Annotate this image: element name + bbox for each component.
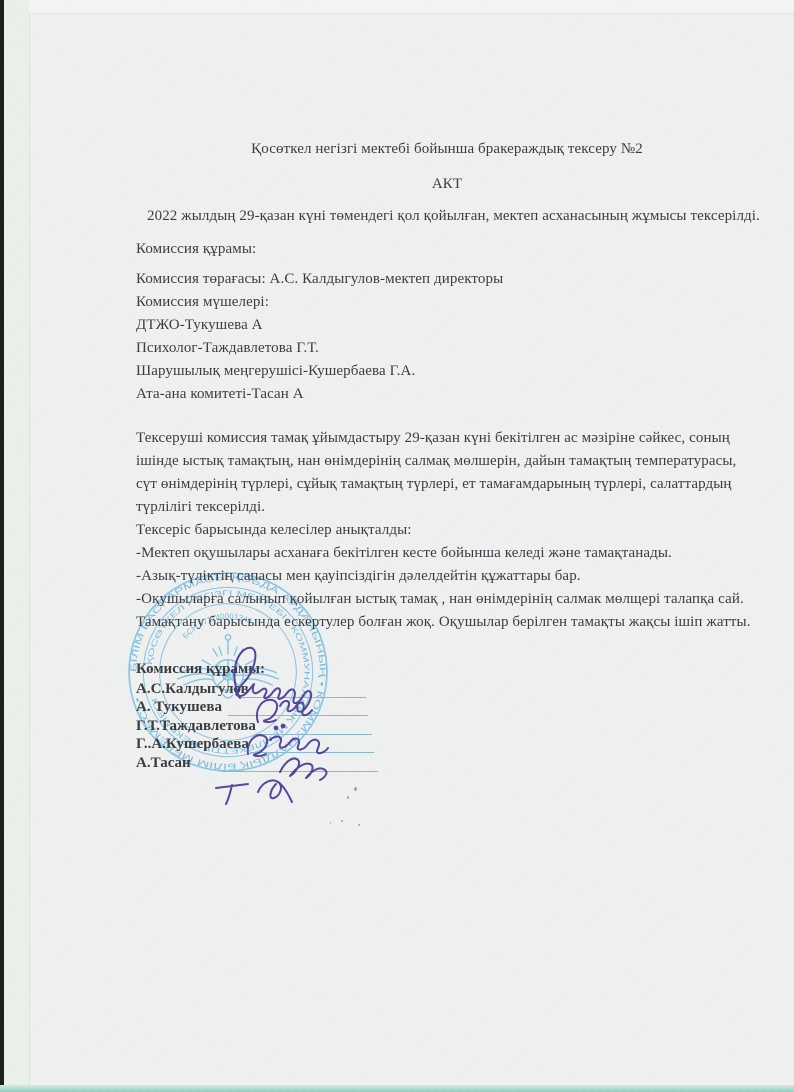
paper-top-edge [29,0,794,14]
commission-line: Психолог-Таждавлетова Г.Т. [136,337,758,360]
finding-line: -Азық-түліктің сапасы мен қауіпсіздігін … [136,565,758,588]
ink-speck [330,822,331,824]
commission-line: Комиссия мүшелері: [136,291,758,314]
commission-members-list: Комиссия төрағасы: А.С. Калдыгулов-мекте… [136,268,758,406]
signature-tasan-ink [216,780,292,804]
scan-bottom-edge [0,1085,794,1092]
commission-line: Шарушылық меңгерушісі-Кушербаева Г.А. [136,360,758,383]
commission-line: ДТЖО-Тукушева А [136,314,758,337]
commission-line: Комиссия төрағасы: А.С. Калдыгулов-мекте… [136,268,758,291]
findings-header: Тексеріс барысында келесілер анықталды: [136,519,758,542]
scanned-document-page: БІЛІМ БАСҚАРМАСЫ ҚОБДА АУДАНЫНЫҢ • КОММУ… [0,0,794,1092]
signature-tazhdavletova-ink [248,735,328,756]
signature-ink-dot [282,725,285,728]
ink-speck [341,820,343,822]
finding-line: -Оқушыларға салынып қойылған ыстық тамақ… [136,588,758,611]
scanner-margin-strip [4,0,30,1092]
finding-line: -Мектеп оқушылары асханаға бекітілген ке… [136,542,758,565]
commission-line: Ата-ана комитеті-Тасан А [136,383,758,406]
closing-line: Тамақтану барысында ескертулер болған жо… [136,611,758,634]
document-title: Қосөткел негізгі мектебі бойынша бракера… [136,138,758,161]
intro-line: 2022 жылдың 29-қазан күні төмендегі қол … [136,205,758,228]
ink-speck [358,824,360,826]
signature-ink-dot [275,727,278,730]
inspection-paragraph: Тексеруші комиссия тамақ ұйымдастыру 29-… [136,427,758,519]
signatory-name: А.Тасан [136,755,191,772]
signature-kusherbaeva-ink [280,759,326,781]
commission-header: Комиссия құрамы: [136,238,758,261]
inspection-findings-block: Тексеруші комиссия тамақ ұйымдастыру 29-… [136,427,758,634]
act-heading: АКТ [136,173,758,196]
handwritten-signatures [196,636,426,806]
